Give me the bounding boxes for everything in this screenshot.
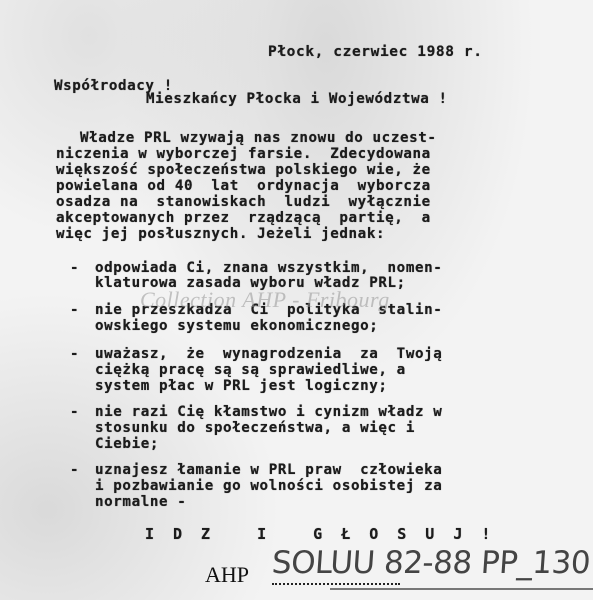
archive-stamp-prefix: AHP: [205, 562, 249, 588]
bullet-dash: -: [70, 462, 79, 478]
archive-stamp-dotted-line: [272, 583, 400, 585]
condition-line: uważasz, że wynagrodzenia za Twoją: [95, 346, 442, 362]
condition-line: stosunku do społeczeństwa, a więc i: [95, 420, 415, 436]
bullet-dash: -: [70, 404, 79, 420]
bullet-dash: -: [70, 260, 79, 276]
archive-handwritten-reference: SOLUU 82-88 PP_130: [271, 545, 592, 581]
intro-line: więc jej posłusznych. Jeżeli jednak:: [56, 226, 385, 242]
condition-line: uznajesz łamanie w PRL praw człowieka: [95, 462, 442, 478]
intro-line: większość społeczeństwa polskiego wie, ż…: [56, 162, 431, 178]
condition-line: system płac w PRL jest logiczny;: [95, 378, 388, 394]
condition-line: i pozbawianie go wolności osobistej za: [95, 478, 442, 494]
page-edge: [330, 588, 593, 590]
collection-watermark: Collection AHP - Fribourg: [140, 287, 390, 313]
intro-line: powielana od 40 lat ordynacja wyborcza: [56, 178, 431, 194]
condition-line: odpowiada Ci, znana wszystkim, nomen-: [95, 260, 442, 276]
condition-line: normalne -: [95, 494, 186, 510]
condition-line: nie razi Cię kłamstwo i cynizm władz w: [95, 404, 442, 420]
salutation-residents: Mieszkańcy Płocka i Województwa !: [146, 91, 448, 107]
bullet-dash: -: [70, 346, 79, 362]
intro-line: Władze PRL wzywają nas znowu do uczest-: [80, 130, 437, 146]
condition-line: ciężką pracę są są sprawiedliwe, a: [95, 362, 406, 378]
condition-line: Ciebie;: [95, 436, 159, 452]
slogan: IDZ I GŁOSUJ!: [145, 525, 509, 543]
condition-line: owskiego systemu ekonomicznego;: [95, 318, 378, 334]
intro-line: akceptowanych przez rządzącą partię, a: [56, 210, 431, 226]
date-line: Płock, czerwiec 1988 r.: [268, 44, 483, 60]
intro-line: niczenia w wyborczej farsie. Zdecydowana: [56, 146, 431, 162]
intro-line: osadza na stanowiskach ludzi wyłącznie: [56, 194, 431, 210]
bullet-dash: -: [70, 302, 79, 318]
